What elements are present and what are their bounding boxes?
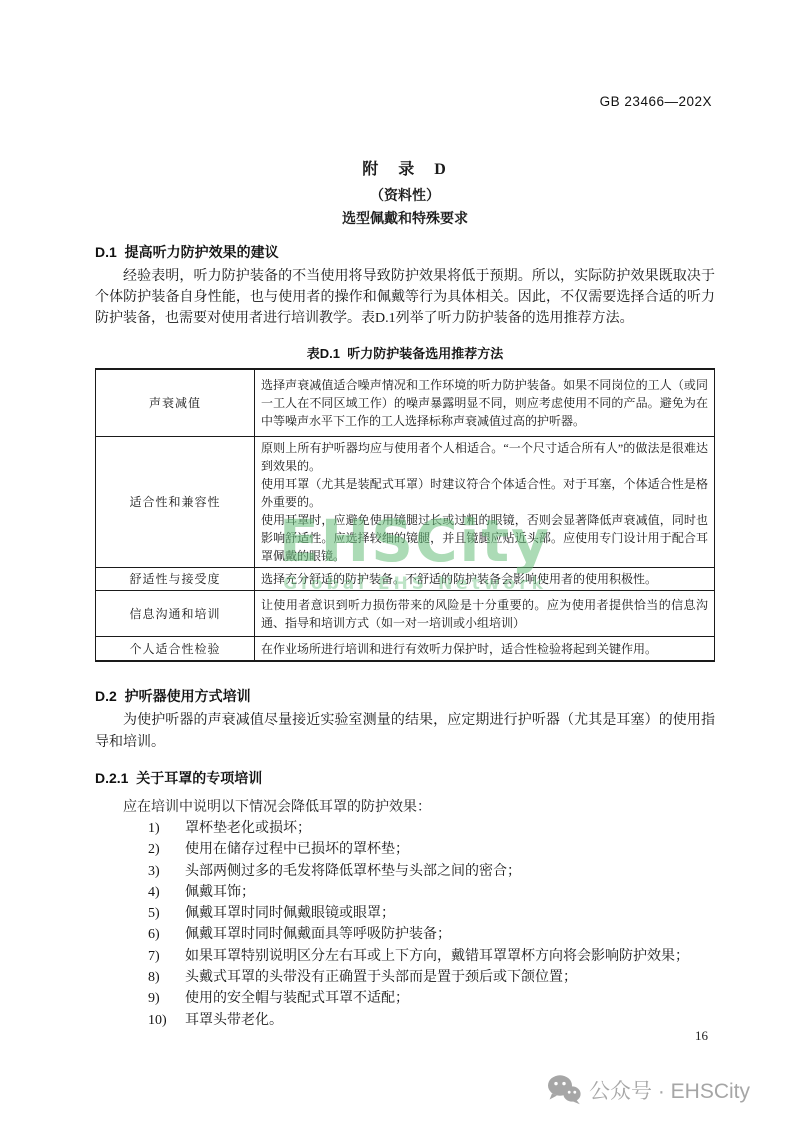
row-content-paragraph: 选择充分舒适的防护装备。不舒适的防护装备会影响使用者的使用积极性。 [261, 570, 708, 588]
list-item: 7) 如果耳罩特别说明区分左右耳或上下方向，戴错耳罩罩杯方向将会影响防护效果； [95, 946, 715, 967]
row-label: 适合性和兼容性 [96, 437, 255, 568]
list-item-number: 3) [148, 861, 185, 882]
table-caption: 表D.1 听力防护装备选用推荐方法 [95, 343, 715, 362]
document-page: GB 23466—202X 附 录 D （资料性） 选型佩戴和特殊要求 D.1 … [0, 0, 794, 1123]
row-content-paragraph: 选择声衰减值适合噪声情况和工作环境的听力防护装备。如果不同岗位的工人（或同一工人… [261, 376, 708, 430]
row-content: 选择充分舒适的防护装备。不舒适的防护装备会影响使用者的使用积极性。 [255, 568, 715, 591]
row-content: 原则上所有护听器均应与使用者个人相适合。“一个尺寸适合所有人”的做法是很难达到效… [255, 437, 715, 568]
row-content-paragraph: 在作业场所进行培训和进行有效听力保护时，适合性检验将起到关键作用。 [261, 640, 708, 658]
doc-number: GB 23466—202X [600, 94, 712, 109]
list-item-number: 1) [148, 818, 185, 839]
list-item-text: 佩戴耳罩时同时佩戴面具等呼吸防护装备； [185, 924, 715, 945]
earmuff-conditions-list: 1) 罩杯垫老化或损坏； 2) 使用在储存过程中已损坏的罩杯垫； 3) 头部两侧… [95, 818, 715, 1031]
appendix-topic: 选型佩戴和特殊要求 [95, 208, 715, 228]
list-item-text: 使用在储存过程中已损坏的罩杯垫； [185, 839, 715, 860]
list-item-number: 10) [148, 1010, 185, 1031]
list-item: 1) 罩杯垫老化或损坏； [95, 818, 715, 839]
row-content-paragraph: 使用耳罩（尤其是装配式耳罩）时建议符合个体适合性。对于耳塞，个体适合性是格外重要… [261, 475, 708, 511]
section-d1-paragraph: 经验表明，听力防护装备的不当使用将导致防护效果将低于预期。所以，实际防护效果既取… [95, 266, 715, 329]
list-item-text: 罩杯垫老化或损坏； [185, 818, 715, 839]
table-row: 信息沟通和培训 让使用者意识到听力损伤带来的风险是十分重要的。应为使用者提供恰当… [96, 591, 715, 637]
list-item: 3) 头部两侧过多的毛发将降低罩杯垫与头部之间的密合； [95, 861, 715, 882]
table-row: 声衰减值 选择声衰减值适合噪声情况和工作环境的听力防护装备。如果不同岗位的工人（… [96, 369, 715, 437]
row-label: 舒适性与接受度 [96, 568, 255, 591]
list-item: 2) 使用在储存过程中已损坏的罩杯垫； [95, 839, 715, 860]
list-item: 8) 头戴式耳罩的头带没有正确置于头部而是置于颈后或下颌位置； [95, 967, 715, 988]
section-d1-heading: D.1 提高听力防护效果的建议 [95, 242, 715, 262]
list-item-number: 5) [148, 903, 185, 924]
footer-account-banner: 公众号 · EHSCity [547, 1074, 750, 1105]
row-content: 让使用者意识到听力损伤带来的风险是十分重要的。应为使用者提供恰当的信息沟通、指导… [255, 591, 715, 637]
list-item-text: 耳罩头带老化。 [185, 1010, 715, 1031]
list-item-number: 8) [148, 967, 185, 988]
list-item: 9) 使用的安全帽与装配式耳罩不适配； [95, 988, 715, 1009]
list-item-number: 9) [148, 988, 185, 1009]
row-label: 个人适合性检验 [96, 637, 255, 662]
table-row: 个人适合性检验 在作业场所进行培训和进行有效听力保护时，适合性检验将起到关键作用… [96, 637, 715, 662]
row-content-paragraph: 原则上所有护听器均应与使用者个人相适合。“一个尺寸适合所有人”的做法是很难达到效… [261, 439, 708, 475]
appendix-title: 附 录 D [95, 156, 715, 179]
list-item-text: 佩戴耳罩时同时佩戴眼镜或眼罩； [185, 903, 715, 924]
appendix-subtitle: （资料性） [95, 185, 715, 205]
row-label: 信息沟通和培训 [96, 591, 255, 637]
list-item-number: 4) [148, 882, 185, 903]
list-item-number: 2) [148, 839, 185, 860]
selection-table: 声衰减值 选择声衰减值适合噪声情况和工作环境的听力防护装备。如果不同岗位的工人（… [95, 368, 715, 662]
row-content-paragraph: 让使用者意识到听力损伤带来的风险是十分重要的。应为使用者提供恰当的信息沟通、指导… [261, 596, 708, 632]
list-item-text: 头戴式耳罩的头带没有正确置于头部而是置于颈后或下颌位置； [185, 967, 715, 988]
list-item-text: 如果耳罩特别说明区分左右耳或上下方向，戴错耳罩罩杯方向将会影响防护效果； [185, 946, 715, 967]
table-row: 适合性和兼容性 原则上所有护听器均应与使用者个人相适合。“一个尺寸适合所有人”的… [96, 437, 715, 568]
list-intro: 应在培训中说明以下情况会降低耳罩的防护效果： [95, 796, 715, 816]
list-item: 10) 耳罩头带老化。 [95, 1010, 715, 1031]
footer-account-label: 公众号 · EHSCity [589, 1075, 750, 1105]
list-item-text: 佩戴耳饰； [185, 882, 715, 903]
row-content-paragraph: 使用耳罩时，应避免使用镜腿过长或过粗的眼镜，否则会显著降低声衰减值，同时也影响舒… [261, 511, 708, 565]
list-item-text: 头部两侧过多的毛发将降低罩杯垫与头部之间的密合； [185, 861, 715, 882]
section-d2-paragraph: 为使护听器的声衰减值尽量接近实验室测量的结果，应定期进行护听器（尤其是耳塞）的使… [95, 710, 715, 754]
list-item: 5) 佩戴耳罩时同时佩戴眼镜或眼罩； [95, 903, 715, 924]
row-label: 声衰减值 [96, 369, 255, 437]
section-d2-heading: D.2 护听器使用方式培训 [95, 686, 715, 706]
section-d21-heading: D.2.1 关于耳罩的专项培训 [95, 768, 715, 788]
row-content: 选择声衰减值适合噪声情况和工作环境的听力防护装备。如果不同岗位的工人（或同一工人… [255, 369, 715, 437]
list-item-number: 7) [148, 946, 185, 967]
table-row: 舒适性与接受度 选择充分舒适的防护装备。不舒适的防护装备会影响使用者的使用积极性… [96, 568, 715, 591]
list-item-number: 6) [148, 924, 185, 945]
page-number: 16 [695, 1028, 708, 1044]
list-item: 6) 佩戴耳罩时同时佩戴面具等呼吸防护装备； [95, 924, 715, 945]
list-item-text: 使用的安全帽与装配式耳罩不适配； [185, 988, 715, 1009]
wechat-icon [547, 1074, 581, 1105]
list-item: 4) 佩戴耳饰； [95, 882, 715, 903]
row-content: 在作业场所进行培训和进行有效听力保护时，适合性检验将起到关键作用。 [255, 637, 715, 662]
